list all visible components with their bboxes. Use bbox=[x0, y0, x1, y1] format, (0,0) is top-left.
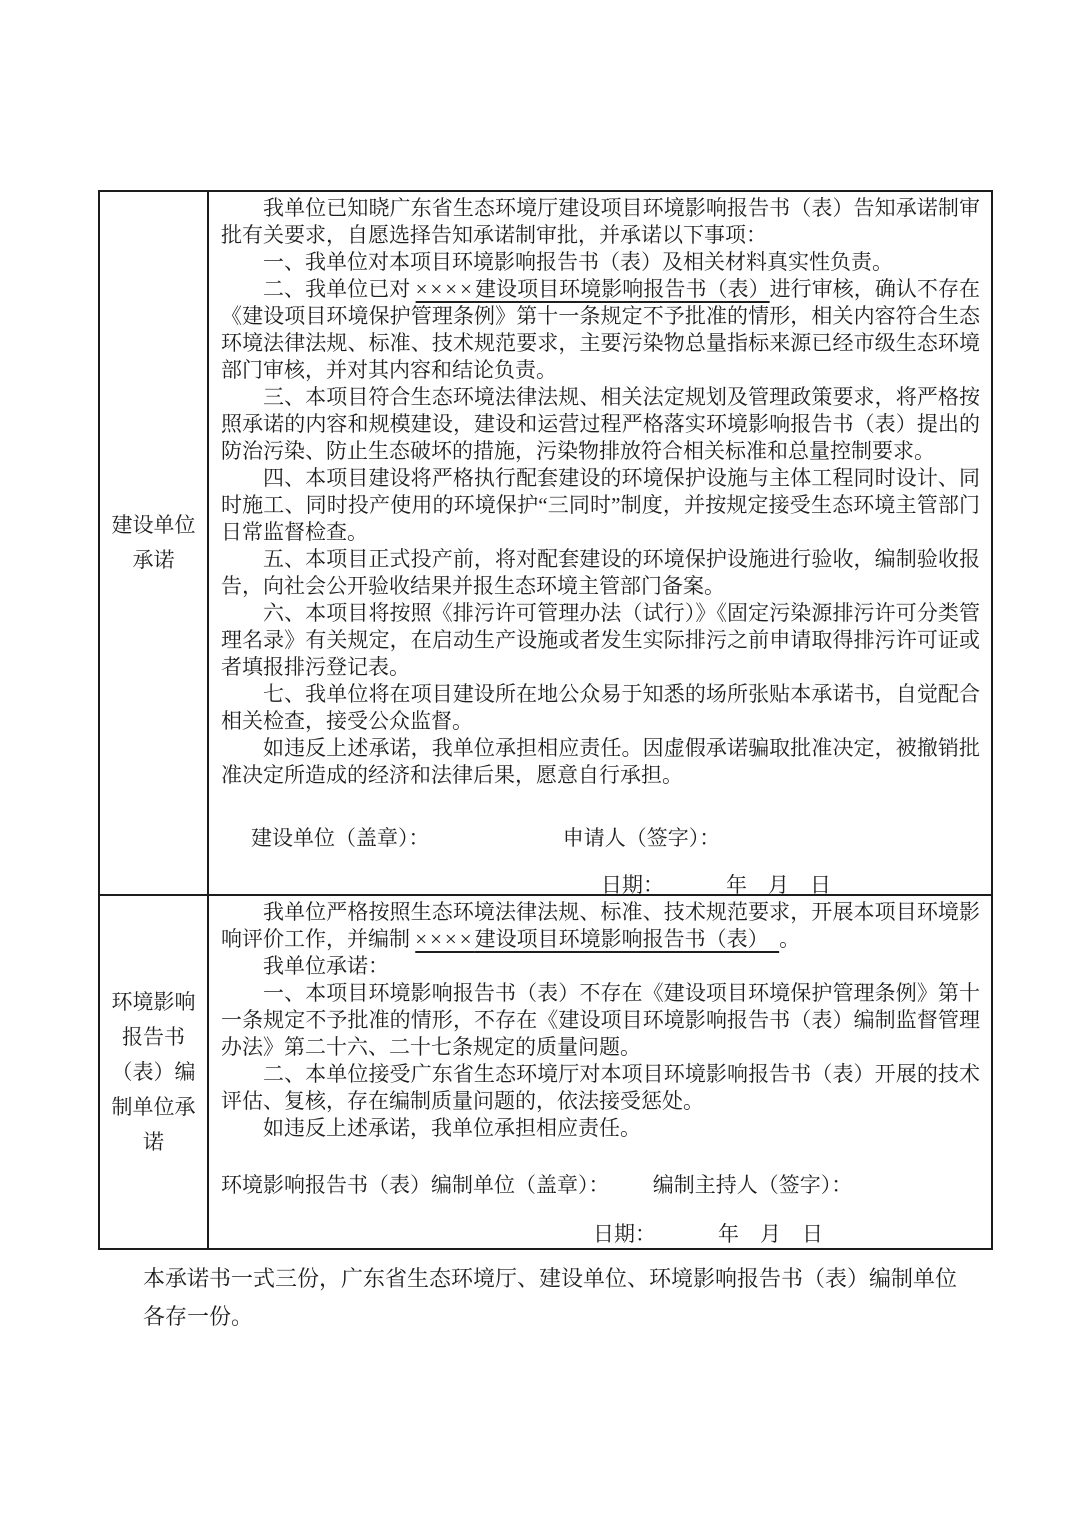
paragraph-text: 五、本项目正式投产前，将对配套建设的环境保护设施进行验收，编制验收报告，向社会公… bbox=[221, 547, 980, 598]
paragraph: 一、我单位对本项目环境影响报告书（表）及相关材料真实性负责。 bbox=[221, 249, 980, 276]
construction-unit-content: 我单位已知晓广东省生态环境厅建设项目环境影响报告书（表）告知承诺制审批有关要求，… bbox=[209, 192, 991, 894]
paragraph: 我单位严格按照生态环境法律法规、标准、技术规范要求，开展本项目环境影响评价工作，… bbox=[221, 899, 980, 953]
fill-in-blank-text: ×××× bbox=[415, 927, 474, 951]
label-line: 制单位承 bbox=[112, 1090, 196, 1125]
paragraph: 六、本项目将按照《排污许可管理办法（试行）》《固定污染源排污许可分类管理名录》有… bbox=[221, 600, 980, 681]
signature-line: 建设单位（盖章）： 申请人（签字）： bbox=[221, 825, 980, 852]
fill-in-blank-text: 建设项目环境影响报告书（表） bbox=[475, 927, 780, 951]
label-line: 环境影响 bbox=[112, 985, 196, 1020]
paragraph: 五、本项目正式投产前，将对配套建设的环境保护设施进行验收，编制验收报告，向社会公… bbox=[221, 546, 980, 600]
paragraph-text: 七、我单位将在项目建设所在地公众易于知悉的场所张贴本承诺书，自觉配合相关检查，接… bbox=[221, 682, 980, 733]
signer-label: 申请人（签字）： bbox=[563, 826, 721, 850]
date-value: 年 月 日 bbox=[726, 873, 831, 894]
paragraph-text: 三、本项目符合生态环境法律法规、相关法定规划及管理政策要求，将严格按照承诺的内容… bbox=[221, 385, 980, 463]
paragraph-text: 一、本项目环境影响报告书（表）不存在《建设项目环境保护管理条例》第十一条规定不予… bbox=[221, 981, 980, 1059]
fill-in-blank-text: 建设项目环境影响报告书（表） bbox=[475, 277, 770, 301]
label-line: （表）编 bbox=[112, 1055, 196, 1090]
paragraph: 二、我单位已对 ××××建设项目环境影响报告书（表）进行审核，确认不存在《建设项… bbox=[221, 276, 980, 384]
paragraph: 七、我单位将在项目建设所在地公众易于知悉的场所张贴本承诺书，自觉配合相关检查，接… bbox=[221, 681, 980, 735]
date-value: 年 月 日 bbox=[718, 1222, 823, 1246]
compiler-unit-content: 我单位严格按照生态环境法律法规、标准、技术规范要求，开展本项目环境影响评价工作，… bbox=[209, 896, 991, 1248]
paragraph: 如违反上述承诺，我单位承担相应责任。因虚假承诺骗取批准决定，被撤销批准决定所造成… bbox=[221, 735, 980, 789]
label-line: 诺 bbox=[143, 1125, 164, 1160]
paragraph-text: 一、我单位对本项目环境影响报告书（表）及相关材料真实性负责。 bbox=[263, 250, 893, 274]
date-line: 日期：年 月 日 bbox=[221, 872, 980, 894]
paragraph-text: 二、本单位接受广东省生态环境厅对本项目环境影响报告书（表）开展的技术评估、复核，… bbox=[221, 1062, 980, 1113]
row-construction-unit: 建设单位 承诺 我单位已知晓广东省生态环境厅建设项目环境影响报告书（表）告知承诺… bbox=[100, 192, 991, 896]
paragraph: 如违反上述承诺，我单位承担相应责任。 bbox=[221, 1115, 980, 1142]
row-compiler-unit: 环境影响 报告书 （表）编 制单位承 诺 我单位严格按照生态环境法律法规、标准、… bbox=[100, 896, 991, 1248]
footer-line: 本承诺书一式三份，广东省生态环境厅、建设单位、环境影响报告书（表）编制单位 bbox=[143, 1260, 1013, 1298]
label-line: 承诺 bbox=[133, 543, 175, 578]
paragraph: 一、本项目环境影响报告书（表）不存在《建设项目环境保护管理条例》第十一条规定不予… bbox=[221, 980, 980, 1061]
label-line: 建设单位 bbox=[112, 508, 196, 543]
paragraph-text: 我单位承诺： bbox=[263, 954, 389, 978]
paragraph: 二、本单位接受广东省生态环境厅对本项目环境影响报告书（表）开展的技术评估、复核，… bbox=[221, 1061, 980, 1115]
paragraph-text: 如违反上述承诺，我单位承担相应责任。 bbox=[263, 1116, 641, 1140]
paragraph: 三、本项目符合生态环境法律法规、相关法定规划及管理政策要求，将严格按照承诺的内容… bbox=[221, 384, 980, 465]
seal-label: 环境影响报告书（表）编制单位（盖章）： bbox=[221, 1173, 610, 1197]
date-label: 日期： bbox=[593, 1222, 656, 1246]
signature-line: 环境影响报告书（表）编制单位（盖章）： 编制主持人（签字）： bbox=[221, 1172, 980, 1199]
label-line: 报告书 bbox=[122, 1020, 185, 1055]
fill-in-blank-text: ×××× bbox=[416, 277, 475, 301]
seal-label: 建设单位（盖章）： bbox=[251, 826, 430, 850]
footer-line: 各存一份。 bbox=[143, 1298, 1013, 1336]
paragraph: 我单位已知晓广东省生态环境厅建设项目环境影响报告书（表）告知承诺制审批有关要求，… bbox=[221, 195, 980, 249]
paragraph-text: 六、本项目将按照《排污许可管理办法（试行）》《固定污染源排污许可分类管理名录》有… bbox=[221, 601, 980, 679]
label-cell-construction-unit: 建设单位 承诺 bbox=[100, 192, 209, 894]
document-page: 建设单位 承诺 我单位已知晓广东省生态环境厅建设项目环境影响报告书（表）告知承诺… bbox=[0, 0, 1080, 1527]
date-label: 日期： bbox=[601, 873, 664, 894]
paragraph-text: 二、我单位已对 bbox=[263, 277, 416, 301]
date-line: 日期：年 月 日 bbox=[221, 1221, 980, 1248]
label-cell-compiler-unit: 环境影响 报告书 （表）编 制单位承 诺 bbox=[100, 896, 209, 1248]
commitment-table: 建设单位 承诺 我单位已知晓广东省生态环境厅建设项目环境影响报告书（表）告知承诺… bbox=[98, 190, 993, 1250]
signer-label: 编制主持人（签字）： bbox=[653, 1173, 853, 1197]
paragraph-text: 如违反上述承诺，我单位承担相应责任。因虚假承诺骗取批准决定，被撤销批准决定所造成… bbox=[221, 736, 980, 787]
paragraph-text: 我单位已知晓广东省生态环境厅建设项目环境影响报告书（表）告知承诺制审批有关要求，… bbox=[221, 196, 980, 247]
paragraph-text: 。 bbox=[779, 927, 800, 951]
paragraph-text: 四、本项目建设将严格执行配套建设的环境保护设施与主体工程同时设计、同时施工、同时… bbox=[221, 466, 980, 544]
compiler-paragraphs: 我单位严格按照生态环境法律法规、标准、技术规范要求，开展本项目环境影响评价工作，… bbox=[221, 899, 980, 1142]
construction-unit-paragraphs: 我单位已知晓广东省生态环境厅建设项目环境影响报告书（表）告知承诺制审批有关要求，… bbox=[221, 195, 980, 789]
paragraph: 我单位承诺： bbox=[221, 953, 980, 980]
footer-note: 本承诺书一式三份，广东省生态环境厅、建设单位、环境影响报告书（表）编制单位 各存… bbox=[143, 1260, 1013, 1336]
paragraph: 四、本项目建设将严格执行配套建设的环境保护设施与主体工程同时设计、同时施工、同时… bbox=[221, 465, 980, 546]
